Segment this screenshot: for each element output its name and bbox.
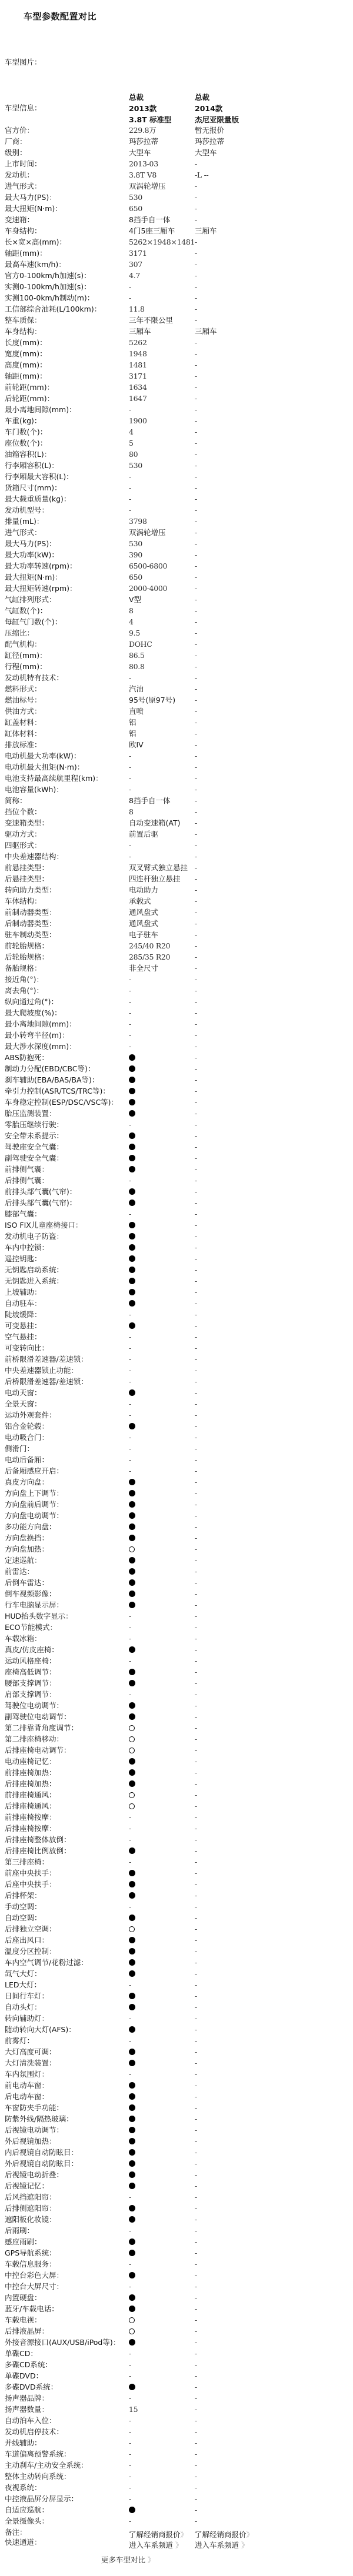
spec-label: 空气悬挂： xyxy=(5,1331,42,1342)
dealer-price-link-1[interactable]: 了解经销商报价》 xyxy=(129,2530,188,2540)
standard-dot-icon xyxy=(129,1912,135,1923)
spec-row: 自动头灯：- xyxy=(0,2002,353,2013)
standard-dot-icon xyxy=(129,2381,135,2393)
spec-value-model-1: - xyxy=(129,784,131,795)
filled-circle-icon xyxy=(129,2250,135,2256)
spec-value-model-2: - xyxy=(195,1912,197,1923)
filled-circle-icon xyxy=(129,2060,135,2066)
filled-circle-icon xyxy=(129,1602,135,1608)
spec-row: 最大扭矩(N·m)：650- xyxy=(0,572,353,583)
spec-row: 行车电脑显示屏：- xyxy=(0,1599,353,1611)
spec-label: 后视镜电动调节： xyxy=(5,2124,64,2136)
spec-label: 方向盘前后调节： xyxy=(5,1499,64,1510)
standard-dot-icon xyxy=(129,2102,135,2113)
spec-value-model-1: - xyxy=(129,1979,131,1990)
spec-value-model-1: 245/40 R20 xyxy=(129,940,170,951)
spec-value-model-2: - xyxy=(195,683,197,694)
spec-row: 级别：大型车大型车 xyxy=(0,147,353,158)
spec-value-model-1: - xyxy=(129,504,131,516)
spec-value-model-2: - xyxy=(195,1510,197,1521)
series-channel-link-2[interactable]: 进入车系频道 》 xyxy=(195,2540,254,2551)
filled-circle-icon xyxy=(129,2049,135,2055)
spec-label: 货箱尺寸(mm)： xyxy=(5,482,62,493)
spec-value-model-2: - xyxy=(195,1141,197,1152)
spec-row: 电动天窗：- xyxy=(0,1387,353,1398)
filled-circle-icon xyxy=(129,1200,135,1206)
spec-row: 安全带未系提示：- xyxy=(0,1130,353,1141)
spec-label: LED大灯： xyxy=(5,1979,41,1990)
spec-row: 前电动车窗：- xyxy=(0,2080,353,2091)
spec-label: 前排头部气囊(气帘)： xyxy=(5,1186,76,1197)
spec-label: ISO FIX儿童座椅接口： xyxy=(5,1219,82,1231)
spec-row: 车重(kg)：1900- xyxy=(0,415,353,426)
spec-label: 排量(mL)： xyxy=(5,516,44,527)
spec-label: 自动头灯： xyxy=(5,2002,42,2013)
spec-value-model-2: - xyxy=(195,2326,197,2337)
spec-row: 第三排座椅：-- xyxy=(0,1856,353,1867)
model-1-year: 2013款 xyxy=(129,103,172,114)
spec-label: 中央差速器结构： xyxy=(5,851,64,862)
hollow-circle-icon xyxy=(129,1803,135,1809)
spec-label: 最大爬坡度(%)： xyxy=(5,1007,62,1018)
spec-row: 前座中央扶手：- xyxy=(0,1867,353,1879)
spec-value-model-1: - xyxy=(129,1398,131,1409)
spec-value-model-2: - xyxy=(195,1376,197,1387)
standard-dot-icon xyxy=(129,2169,135,2180)
spec-value-model-2: - xyxy=(195,2203,197,2214)
spec-value-model-1: 8 xyxy=(129,806,134,817)
spec-value-model-1: 3798 xyxy=(129,516,147,527)
spec-value-model-1: 9.5 xyxy=(129,627,140,639)
spec-value-model-1: 4.7 xyxy=(129,270,140,281)
spec-label: 第二排靠背角度调节： xyxy=(5,1722,78,1733)
spec-label: 高度(mm)： xyxy=(5,359,47,370)
spec-value-model-2: - xyxy=(195,1465,197,1476)
spec-value-model-2: - xyxy=(195,1611,197,1622)
spec-value-model-1: 6500-6800 xyxy=(129,560,167,572)
spec-value-model-2: - xyxy=(195,1432,197,1443)
spec-value-model-1: - xyxy=(129,471,131,482)
spec-row: 可变悬挂：- xyxy=(0,1320,353,1331)
spec-row: 挡位个数：8- xyxy=(0,806,353,817)
spec-label: 电动机最大功率(kW)： xyxy=(5,750,81,761)
spec-value-model-2: - xyxy=(195,1476,197,1488)
spec-row: 变速箱类型：自动变速箱(AT)- xyxy=(0,817,353,828)
spec-value-model-1: - xyxy=(129,2225,131,2236)
spec-value-model-2: - xyxy=(195,1421,197,1432)
standard-dot-icon xyxy=(129,2057,135,2069)
series-channel-link-label: 进入车系频道 xyxy=(129,2541,173,2550)
spec-label: 前排座椅按摩： xyxy=(5,1812,56,1823)
spec-value-model-1: 通风盘式 xyxy=(129,907,158,918)
spec-row: 感应雨刷：- xyxy=(0,2236,353,2247)
spec-row: ABS防抱死：- xyxy=(0,1052,353,1063)
filled-circle-icon xyxy=(129,2238,135,2245)
filled-circle-icon xyxy=(129,2149,135,2156)
spec-value-model-2: - xyxy=(195,1152,197,1164)
filled-circle-icon xyxy=(129,1881,135,1887)
spec-value-model-2: 三厢车 xyxy=(195,326,217,337)
spec-value-model-2: - xyxy=(195,236,197,248)
spec-value-model-2: - xyxy=(195,2057,197,2069)
standard-dot-icon xyxy=(129,1387,135,1398)
spec-label: 车内氛围灯： xyxy=(5,2069,49,2080)
spec-value-model-1: 285/35 R20 xyxy=(129,951,170,963)
spec-label: 最大马力(PS)： xyxy=(5,538,56,549)
spec-value-model-2: - xyxy=(195,2515,197,2527)
spec-value-model-1: - xyxy=(129,1208,131,1219)
standard-dot-icon xyxy=(129,1488,135,1499)
standard-dot-icon xyxy=(129,2180,135,2191)
spec-row: 前雷达：- xyxy=(0,1566,353,1577)
spec-value-model-2: - xyxy=(195,549,197,560)
spec-value-model-2: - xyxy=(195,1946,197,1957)
double-chevron-icon: 》 xyxy=(241,2541,249,2550)
standard-dot-icon xyxy=(129,1421,135,1432)
spec-label: ECO节能模式： xyxy=(5,1622,57,1633)
spec-row: 最大功率(kW)：390- xyxy=(0,549,353,560)
optional-ring-icon xyxy=(129,1543,135,1555)
spec-label: 最大马力(PS)： xyxy=(5,192,56,203)
spec-label: 大灯清洗装置： xyxy=(5,2057,56,2069)
spec-row: 零胎压继续行驶：-- xyxy=(0,1119,353,1130)
spec-value-model-1: - xyxy=(129,672,131,683)
standard-dot-icon xyxy=(129,1085,135,1097)
spec-value-model-2: - xyxy=(195,2504,197,2515)
spec-row: 膝部气囊：-- xyxy=(0,1208,353,1219)
filled-circle-icon xyxy=(129,1780,135,1787)
filled-circle-icon xyxy=(129,1479,135,1485)
spec-value-model-2: - xyxy=(195,2069,197,2080)
spec-row: 最小离地间隙(mm)：-- xyxy=(0,1018,353,1030)
spec-value-model-2: - xyxy=(195,2024,197,2035)
spec-value-model-2: - xyxy=(195,650,197,661)
dealer-price-link-2[interactable]: 了解经销商报价》 xyxy=(195,2530,254,2540)
spec-value-model-1: - xyxy=(129,2426,131,2437)
spec-value-model-2: - xyxy=(195,203,197,214)
standard-dot-icon xyxy=(129,1063,135,1074)
spec-value-model-1: - xyxy=(129,761,131,773)
spec-row: 后排座椅加热：- xyxy=(0,1778,353,1789)
spec-row: 后制动器类型：通风盘式- xyxy=(0,918,353,929)
spec-label: 座位数(个)： xyxy=(5,437,47,449)
spec-label: 油箱容积(L)： xyxy=(5,449,51,460)
filled-circle-icon xyxy=(129,1702,135,1709)
more-compare-link[interactable]: 更多车型对比 》 xyxy=(101,2555,155,2564)
spec-value-model-2: - xyxy=(195,2281,197,2292)
spec-label: 后轮距(mm)： xyxy=(5,393,54,404)
spec-row: 后视镜电动折叠：- xyxy=(0,2169,353,2180)
spec-value-model-2: - xyxy=(195,292,197,303)
filled-circle-icon xyxy=(129,1166,135,1172)
spec-value-model-1: 直喷 xyxy=(129,706,144,717)
spec-value-model-1: - xyxy=(129,292,131,303)
spec-row: 胎压监测装置：- xyxy=(0,1108,353,1119)
filled-circle-icon xyxy=(129,2507,135,2513)
standard-dot-icon xyxy=(129,1164,135,1175)
spec-label: 缸体材料： xyxy=(5,728,42,739)
quick-links-model-1: 了解经销商报价》 进入车系频道 》 xyxy=(129,2530,188,2551)
spec-row: 腰部支撑调节：- xyxy=(0,1678,353,1689)
spec-value-model-2: - xyxy=(195,951,197,963)
spec-row: 座椅高低调节：- xyxy=(0,1666,353,1678)
spec-value-model-1: 390 xyxy=(129,549,142,560)
spec-label: 后排座椅比例放倒： xyxy=(5,1845,71,1856)
spec-value-model-2: - xyxy=(195,2270,197,2281)
spec-value-model-1: 4 xyxy=(129,426,134,437)
filled-circle-icon xyxy=(129,1300,135,1307)
spec-row: 防紫外线/隔热玻璃：- xyxy=(0,2113,353,2124)
spec-value-model-2: - xyxy=(195,1097,197,1108)
spec-value-model-2: - xyxy=(195,1689,197,1700)
spec-label: 前制动器类型： xyxy=(5,907,56,918)
spec-label: 自适应巡航： xyxy=(5,2504,49,2515)
spec-row: 多碟CD系统：-- xyxy=(0,2359,353,2370)
spec-value-model-1: - xyxy=(129,1119,131,1130)
series-channel-link-1[interactable]: 进入车系频道 》 xyxy=(129,2540,188,2551)
standard-dot-icon xyxy=(129,1532,135,1543)
spec-row: 官方0-100km/h加速(s)：4.7- xyxy=(0,270,353,281)
spec-row: 电动后备厢：-- xyxy=(0,1454,353,1465)
spec-label: 车门数(个)： xyxy=(5,426,47,437)
quick-links-model-2: 了解经销商报价》 进入车系频道 》 xyxy=(195,2530,254,2551)
spec-value-model-2: - xyxy=(195,1700,197,1711)
spec-value-model-2: - xyxy=(195,1789,197,1800)
spec-label: 电池容量(kWh)： xyxy=(5,784,64,795)
spec-label: 单碟DVD： xyxy=(5,2370,43,2381)
spec-label: 陡坡缓降： xyxy=(5,1309,42,1320)
spec-row: 后排座椅按摩：-- xyxy=(0,1823,353,1834)
spec-label: 最小离地间隙(mm)： xyxy=(5,1018,76,1030)
spec-row: LED大灯：-- xyxy=(0,1979,353,1990)
filled-circle-icon xyxy=(129,2272,135,2278)
spec-row: 后电动车窗：- xyxy=(0,2091,353,2102)
spec-row: 自适应巡航：- xyxy=(0,2504,353,2515)
spec-label: 进气形式： xyxy=(5,181,42,192)
spec-label: 多碟CD系统： xyxy=(5,2359,52,2370)
spec-value-model-2: - xyxy=(195,1622,197,1633)
spec-row: 扬声器数量：15- xyxy=(0,2404,353,2415)
spec-value-model-2: - xyxy=(195,717,197,728)
spec-value-model-2: - xyxy=(195,2426,197,2437)
spec-row: 外后视镜加热：- xyxy=(0,2136,353,2147)
filled-circle-icon xyxy=(129,2384,135,2390)
spec-label: 前排侧气囊： xyxy=(5,1164,49,1175)
spec-label: 刹车辅助(EBA/BAS/BA等)： xyxy=(5,1074,99,1085)
standard-dot-icon xyxy=(129,2214,135,2225)
spec-value-model-2: - xyxy=(195,2002,197,2013)
model-1-header: 总裁 2013款 3.8T 标准型 xyxy=(129,92,172,125)
spec-value-model-2: - xyxy=(195,181,197,192)
spec-value-model-2: - xyxy=(195,393,197,404)
spec-row: 前排头部气囊(气帘)：- xyxy=(0,1186,353,1197)
filled-circle-icon xyxy=(129,1278,135,1284)
spec-label: 车内空气调节/花粉过滤： xyxy=(5,1957,88,1968)
spec-row: 中控台大屏尺寸：-- xyxy=(0,2281,353,2292)
spec-value-model-2: - xyxy=(195,1443,197,1454)
spec-row: 前排座椅通风：- xyxy=(0,1789,353,1800)
spec-value-model-1: - xyxy=(129,1454,131,1465)
spec-value-model-2: - xyxy=(195,1197,197,1208)
standard-dot-icon xyxy=(129,1253,135,1264)
spec-value-model-1: - xyxy=(129,2482,131,2493)
spec-value-model-1: - xyxy=(129,1041,131,1052)
spec-value-model-1: - xyxy=(129,1342,131,1354)
spec-value-model-2: - xyxy=(195,2471,197,2482)
spec-label: 并线辅助： xyxy=(5,2437,42,2448)
spec-label: 发动机电子防盗： xyxy=(5,1231,64,1242)
spec-label: 外后视镜加热： xyxy=(5,2136,56,2147)
spec-row: 方向盘上下调节：- xyxy=(0,1488,353,1499)
spec-value-model-2: - xyxy=(195,382,197,393)
spec-label: 上市时间： xyxy=(5,158,42,169)
spec-value-model-1: - xyxy=(129,2515,131,2527)
spec-row: 夜视系统：-- xyxy=(0,2482,353,2493)
spec-value-model-2: - xyxy=(195,1845,197,1856)
spec-label: 中控台彩色大屏： xyxy=(5,2270,64,2281)
spec-label: 车载冰箱： xyxy=(5,1633,42,1644)
spec-value-model-1: 530 xyxy=(129,538,142,549)
spec-value-model-2: - xyxy=(195,2359,197,2370)
spec-value-model-2: - xyxy=(195,1119,197,1130)
spec-value-model-2: - xyxy=(195,2415,197,2426)
hollow-circle-icon xyxy=(129,1736,135,1742)
spec-row: 运动外观套件：-- xyxy=(0,1409,353,1421)
spec-value-model-2: 暂无报价 xyxy=(195,125,224,136)
spec-row: 简称：8挡手自一体- xyxy=(0,795,353,806)
spec-value-model-1: - xyxy=(129,482,131,493)
model-info-row: 车型信息： 总裁 2013款 3.8T 标准型 总裁 2014款 杰尼亚限量版 xyxy=(0,89,353,122)
optional-ring-icon xyxy=(129,1800,135,1812)
spec-value-model-2: - xyxy=(195,1890,197,1901)
spec-row: 最大爬坡度(%)：-- xyxy=(0,1007,353,1018)
filled-circle-icon xyxy=(129,2216,135,2223)
optional-ring-icon xyxy=(129,1923,135,1934)
spec-value-model-1: 8 xyxy=(129,605,134,616)
spec-label: 前排座椅通风： xyxy=(5,1789,56,1800)
spec-row: 前轮距(mm)：1634- xyxy=(0,382,353,393)
spec-row: 气缸数(个)：8- xyxy=(0,605,353,616)
spec-row: 后排独立空调：- xyxy=(0,1923,353,1934)
spec-value-model-1: 欧IV xyxy=(129,739,144,750)
spec-value-model-2: - xyxy=(195,471,197,482)
standard-dot-icon xyxy=(129,2080,135,2091)
spec-value-model-2: - xyxy=(195,1722,197,1733)
filled-circle-icon xyxy=(129,1591,135,1597)
spec-table: 官方价：229.8万暂无报价厂商：玛莎拉蒂玛莎拉蒂级别：大型车大型车上市时间：2… xyxy=(0,125,353,2538)
spec-value-model-2: - xyxy=(195,460,197,471)
spec-value-model-2: - xyxy=(195,862,197,873)
spec-value-model-2: - xyxy=(195,2046,197,2057)
spec-value-model-1: 530 xyxy=(129,192,142,203)
filled-circle-icon xyxy=(129,2127,135,2133)
spec-row: 整车质保：三年不限公里- xyxy=(0,315,353,326)
spec-value-model-1: - xyxy=(129,2460,131,2471)
spec-value-model-2: - xyxy=(195,415,197,426)
spec-label: 电动后备厢： xyxy=(5,1454,49,1465)
spec-label: 车道偏离预警系统： xyxy=(5,2448,71,2460)
filled-circle-icon xyxy=(129,2171,135,2178)
spec-label: 行李厢最大容积(L)： xyxy=(5,471,74,482)
spec-value-model-1: 四连杆独立悬挂 xyxy=(129,873,181,884)
spec-value-model-2: - xyxy=(195,493,197,504)
spec-label: 主动刹车/主动安全系统： xyxy=(5,2460,88,2471)
spec-value-model-2: - xyxy=(195,806,197,817)
spec-value-model-1: 80 xyxy=(129,449,138,460)
spec-value-model-2: - xyxy=(195,1175,197,1186)
spec-label: 变速箱： xyxy=(5,214,34,225)
filled-circle-icon xyxy=(129,1568,135,1575)
standard-dot-icon xyxy=(129,1711,135,1722)
spec-value-model-2: - xyxy=(195,1834,197,1845)
standard-dot-icon xyxy=(129,2002,135,2013)
spec-label: 驾驶位电动调节： xyxy=(5,1700,64,1711)
spec-label: 后制动器类型： xyxy=(5,918,56,929)
spec-label: 整体主动转向系统： xyxy=(5,2471,71,2482)
spec-value-model-2: - xyxy=(195,158,197,169)
spec-label: 转向辅助灯： xyxy=(5,2013,49,2024)
spec-label: 上坡辅助： xyxy=(5,1287,42,1298)
spec-row: 上坡辅助：- xyxy=(0,1287,353,1298)
spec-label: 实测100-0km/h制动(m)： xyxy=(5,292,94,303)
filled-circle-icon xyxy=(129,1289,135,1295)
spec-value-model-2: - xyxy=(195,426,197,437)
spec-row: 后备厢感应开启：-- xyxy=(0,1465,353,1476)
spec-value-model-1: - xyxy=(129,2493,131,2504)
spec-label: GPS导航系统： xyxy=(5,2247,56,2258)
spec-value-model-1: 3171 xyxy=(129,370,147,382)
spec-row: HUD抬头数字显示：-- xyxy=(0,1611,353,1622)
filled-circle-icon xyxy=(129,1267,135,1273)
spec-row: 后悬挂类型：四连杆独立悬挂- xyxy=(0,873,353,884)
filled-circle-icon xyxy=(129,1065,135,1072)
spec-label: 运动外观套件： xyxy=(5,1409,56,1421)
spec-row: 后座中央扶手：- xyxy=(0,1879,353,1890)
spec-row: 缸径(mm)：86.5- xyxy=(0,650,353,661)
standard-dot-icon xyxy=(129,2236,135,2247)
spec-value-model-2: - xyxy=(195,1532,197,1543)
spec-row: 后桥限滑差速器/差速锁：-- xyxy=(0,1376,353,1387)
spec-value-model-2: - xyxy=(195,1566,197,1577)
spec-row: 最大涉水深度(mm)：-- xyxy=(0,1041,353,1052)
spec-value-model-2: - xyxy=(195,1644,197,1655)
standard-dot-icon xyxy=(129,1756,135,1767)
spec-label: 后桥限滑差速器/差速锁： xyxy=(5,1376,88,1387)
spec-row: 最大载重质量(kg)：-- xyxy=(0,493,353,504)
spec-row: 前桥限滑差速器/差速锁：-- xyxy=(0,1354,353,1365)
spec-value-model-2: - xyxy=(195,1633,197,1644)
page-title: 车型参数配置对比 xyxy=(24,10,96,22)
spec-row: 前制动器类型：通风盘式- xyxy=(0,907,353,918)
spec-label: 无钥匙启动系统： xyxy=(5,1264,64,1275)
filled-circle-icon xyxy=(129,1490,135,1496)
spec-value-model-2: - xyxy=(195,2113,197,2124)
standard-dot-icon xyxy=(129,1130,135,1141)
spec-row: 全景天窗：-- xyxy=(0,1398,353,1409)
spec-row: 官方价：229.8万暂无报价 xyxy=(0,125,353,136)
spec-label: 中控液晶屏分屏显示： xyxy=(5,2493,78,2504)
spec-value-model-1: 汽油 xyxy=(129,683,144,694)
standard-dot-icon xyxy=(129,2124,135,2136)
spec-value-model-2: - xyxy=(195,2448,197,2460)
spec-row: 后排座椅通风：- xyxy=(0,1800,353,1812)
spec-row: 前排侧气囊：- xyxy=(0,1164,353,1175)
spec-row: 离去角(°)：-- xyxy=(0,985,353,996)
spec-value-model-2: - xyxy=(195,639,197,650)
spec-value-model-1: - xyxy=(129,2013,131,2024)
spec-value-model-1: - xyxy=(129,750,131,761)
spec-value-model-1: - xyxy=(129,1365,131,1376)
